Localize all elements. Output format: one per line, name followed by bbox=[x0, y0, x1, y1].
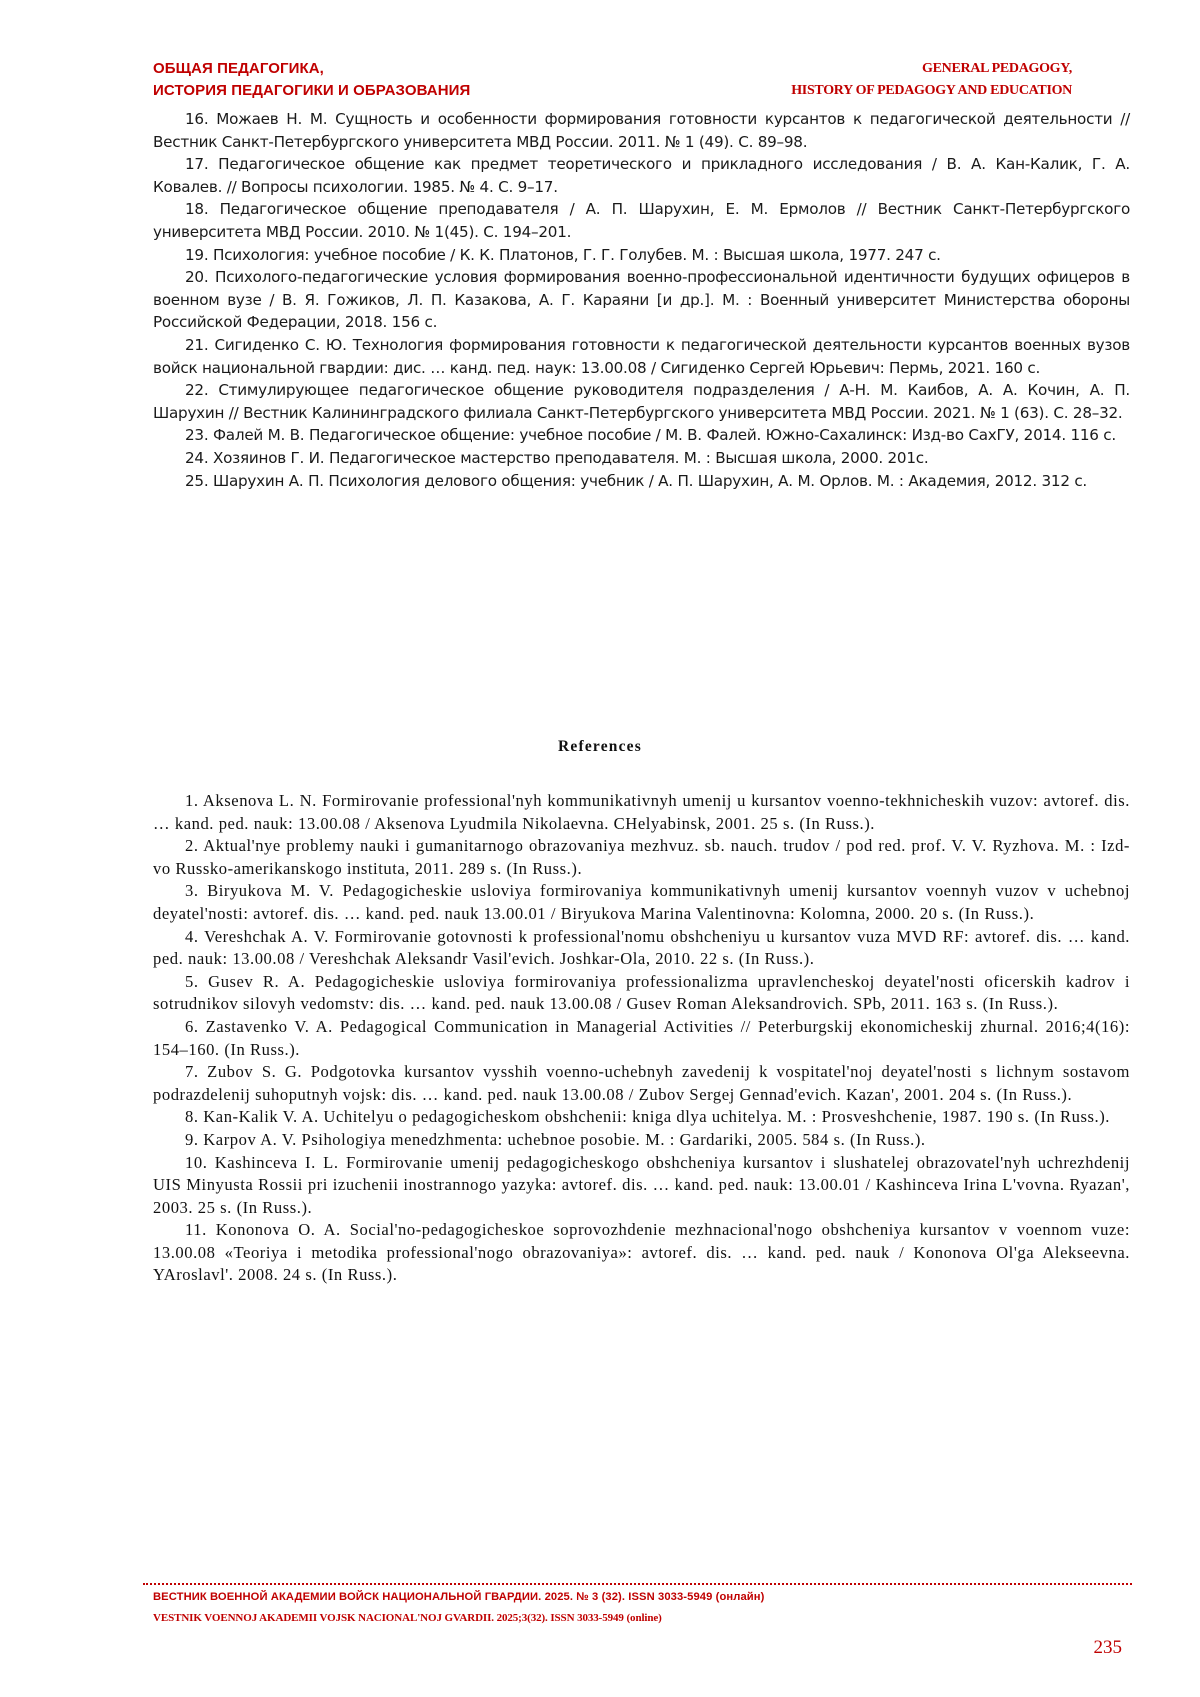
reference-item: 21. Сигиденко С. Ю. Технология формирова… bbox=[153, 334, 1130, 379]
header-en-line-1: GENERAL PEDAGOGY, bbox=[791, 58, 1072, 80]
header-ru-line-2: ИСТОРИЯ ПЕДАГОГИКИ И ОБРАЗОВАНИЯ bbox=[153, 80, 470, 102]
reference-item: 16. Можаев Н. М. Сущность и особенности … bbox=[153, 108, 1130, 153]
reference-item: 3. Biryukova M. V. Pedagogicheskie uslov… bbox=[153, 880, 1130, 925]
running-header-english: GENERAL PEDAGOGY, HISTORY OF PEDAGOGY AN… bbox=[791, 58, 1072, 102]
reference-item: 10. Kashinceva I. L. Formirovanie umenij… bbox=[153, 1152, 1130, 1220]
header-en-line-2: HISTORY OF PEDAGOGY AND EDUCATION bbox=[791, 80, 1072, 102]
reference-item: 17. Педагогическое общение как предмет т… bbox=[153, 153, 1130, 198]
page-number: 235 bbox=[1094, 1637, 1123, 1659]
reference-item: 2. Aktual'nye problemy nauki i gumanitar… bbox=[153, 835, 1130, 880]
reference-item: 20. Психолого-педагогические условия фор… bbox=[153, 266, 1130, 334]
footer-journal-title-russian: ВЕСТНИК ВОЕННОЙ АКАДЕМИИ ВОЙСК НАЦИОНАЛЬ… bbox=[153, 1591, 764, 1603]
reference-item: 9. Karpov A. V. Psihologiya menedzhmenta… bbox=[153, 1129, 1130, 1152]
reference-item: 22. Стимулирующее педагогическое общение… bbox=[153, 379, 1130, 424]
reference-item: 19. Психология: учебное пособие / К. К. … bbox=[153, 244, 1130, 267]
reference-item: 1. Aksenova L. N. Formirovanie professio… bbox=[153, 790, 1130, 835]
reference-item: 11. Kononova O. A. Social'no-pedagogiche… bbox=[153, 1219, 1130, 1287]
journal-page: ОБЩАЯ ПЕДАГОГИКА, ИСТОРИЯ ПЕДАГОГИКИ И О… bbox=[0, 0, 1200, 1697]
reference-item: 6. Zastavenko V. A. Pedagogical Communic… bbox=[153, 1016, 1130, 1061]
footer-dotted-divider bbox=[143, 1583, 1132, 1585]
reference-item: 24. Хозяинов Г. И. Педагогическое мастер… bbox=[153, 447, 1130, 470]
running-header-russian: ОБЩАЯ ПЕДАГОГИКА, ИСТОРИЯ ПЕДАГОГИКИ И О… bbox=[153, 58, 470, 102]
footer-journal-title-english: VESTNIK VOENNOJ AKADEMII VOJSK NACIONAL'… bbox=[153, 1612, 662, 1624]
references-heading: References bbox=[0, 738, 1200, 756]
reference-item: 4. Vereshchak A. V. Formirovanie gotovno… bbox=[153, 926, 1130, 971]
reference-item: 25. Шарухин А. П. Психология делового об… bbox=[153, 470, 1130, 493]
header-ru-line-1: ОБЩАЯ ПЕДАГОГИКА, bbox=[153, 58, 470, 80]
reference-item: 23. Фалей М. В. Педагогическое общение: … bbox=[153, 424, 1130, 447]
english-reference-list: 1. Aksenova L. N. Formirovanie professio… bbox=[153, 790, 1130, 1287]
reference-item: 7. Zubov S. G. Podgotovka kursantov vyss… bbox=[153, 1061, 1130, 1106]
reference-item: 5. Gusev R. A. Pedagogicheskie usloviya … bbox=[153, 971, 1130, 1016]
reference-item: 18. Педагогическое общение преподавателя… bbox=[153, 198, 1130, 243]
russian-reference-list: 16. Можаев Н. М. Сущность и особенности … bbox=[153, 108, 1130, 492]
reference-item: 8. Kan-Kalik V. A. Uchitelyu o pedagogic… bbox=[153, 1106, 1130, 1129]
